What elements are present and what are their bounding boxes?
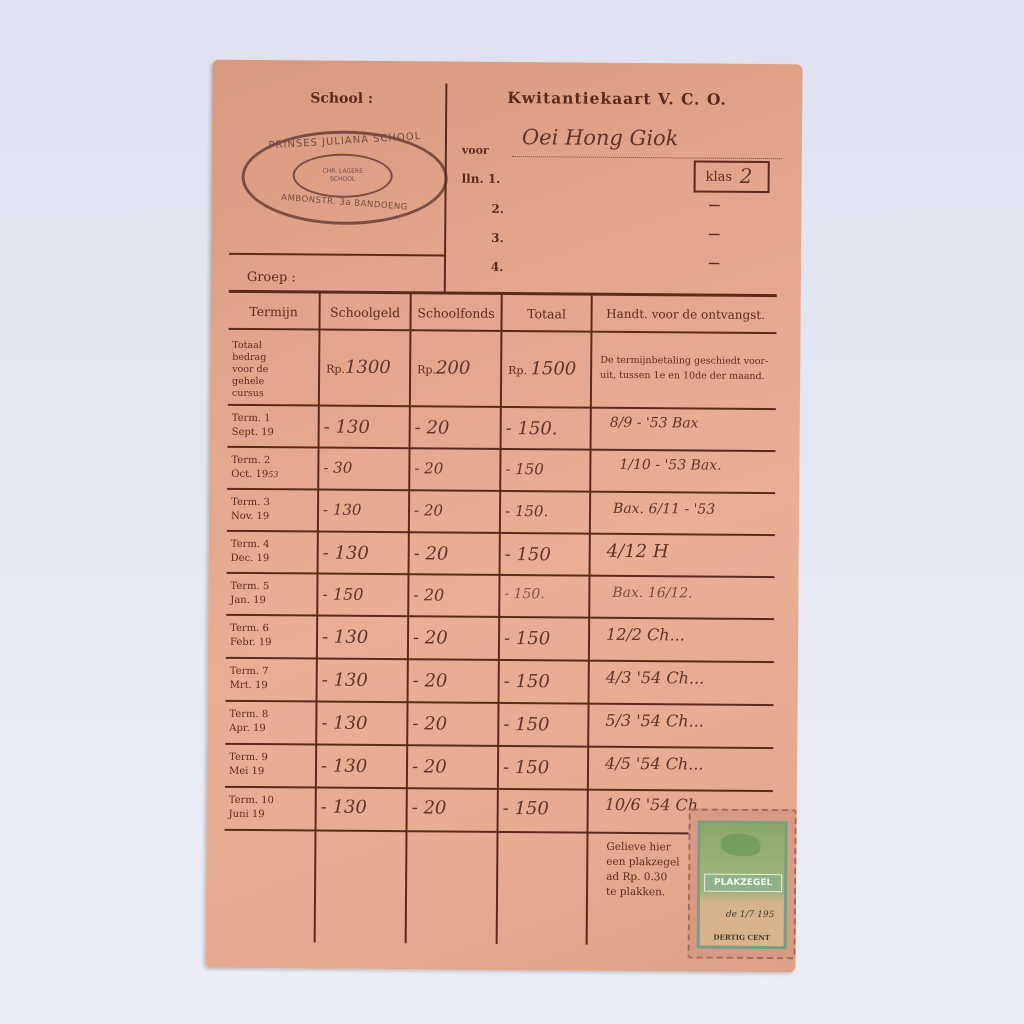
schoolfonds-cell: - 20: [414, 543, 449, 564]
col-divider: [586, 295, 593, 945]
schoolfonds-cell: - 20: [413, 585, 444, 604]
schoolgeld-cell: - 130: [321, 713, 367, 734]
amount: 1300: [345, 357, 391, 378]
totaal-cell: - 150: [503, 714, 549, 735]
schoolgeld-cell: - 130: [324, 417, 370, 438]
col-divider: [405, 293, 412, 943]
totaal-cell: - 150: [503, 798, 549, 819]
voor-label: voor: [462, 144, 489, 157]
stamp-value: DERTIG CENT: [700, 933, 784, 943]
total-schoolgeld: Rp.1300: [326, 357, 391, 379]
col-header-schoolfonds: Schoolfonds: [412, 305, 501, 321]
lln-number: 2.: [491, 202, 504, 216]
note-line: ad Rp. 0.30: [606, 870, 679, 886]
klas-box: klas 2: [694, 160, 770, 193]
school-label: School :: [310, 90, 373, 106]
note-line: Gelieve hier: [606, 840, 679, 856]
dash: —: [708, 227, 720, 241]
map-icon: [720, 834, 760, 856]
currency: Rp.: [508, 364, 527, 377]
schoolfonds-cell: - 20: [414, 459, 443, 477]
receipt-signature: 4/5 '54 Ch...: [605, 754, 704, 774]
lln-text: lln.: [462, 172, 484, 186]
schoolfonds-cell: - 20: [413, 670, 448, 691]
currency: Rp.: [417, 363, 436, 376]
totaal-cell: - 150.: [505, 502, 548, 520]
term-label: Term. 3Nov. 19: [231, 496, 270, 524]
schoolfonds-cell: - 20: [415, 417, 450, 438]
total-row-label: Totaal bedrag voor de gehele cursus: [232, 340, 269, 400]
totaal-cell: - 150: [503, 757, 549, 778]
col-header-termijn: Termijn: [229, 304, 319, 320]
totaal-cell: - 150.: [506, 418, 558, 439]
term-label: Term. 9Mei 19: [229, 751, 268, 779]
lln-label: lln. 1.: [462, 172, 501, 186]
schoolfonds-cell: - 20: [413, 627, 448, 648]
name-line: [512, 156, 782, 159]
divider: [229, 253, 445, 257]
col-header-schoolgeld: Schoolgeld: [321, 305, 410, 321]
groep-label: Groep :: [247, 270, 296, 285]
school-stamp: PRINSES JULIANA SCHOOL CHR. LAGERE SCHOO…: [241, 130, 448, 226]
receipt-signature: 1/10 - '53 Bax.: [619, 457, 721, 474]
lln-number: 4.: [491, 260, 504, 274]
term-label: Term. 2Oct. 1953: [231, 454, 278, 482]
stamp-date: de 1/7 195: [726, 910, 775, 920]
totaal-cell: - 150.: [504, 586, 544, 602]
schoolgeld-cell: - 130: [321, 756, 367, 777]
stamp-center-line2: SCHOOL: [295, 175, 391, 184]
klas-label: klas: [706, 170, 733, 185]
dash: —: [708, 256, 720, 270]
totaal-cell: - 150: [505, 460, 544, 478]
note-line: een plakzegel: [606, 855, 679, 871]
col-header-totaal: Totaal: [503, 306, 591, 322]
receipt-signature: 8/9 - '53 Bax: [610, 415, 699, 432]
lln-number: 1.: [488, 172, 501, 186]
lln-number: 3.: [491, 231, 504, 245]
col-divider: [314, 293, 321, 943]
term-rows: Term. 1Sept. 19 - 130 - 20 - 150. 8/9 - …: [213, 60, 803, 65]
schoolgeld-cell: - 130: [323, 501, 362, 519]
totaal-cell: - 150: [504, 671, 550, 692]
totaal-cell: - 150: [504, 628, 550, 649]
receipt-signature: 4/3 '54 Ch...: [606, 668, 705, 688]
col-header-handtekening: Handt. voor de ontvangst.: [593, 307, 779, 322]
amount: 1500: [530, 358, 576, 379]
term-label: Term. 8Apr. 19: [229, 708, 268, 736]
total-schoolfonds: Rp.200: [417, 357, 470, 378]
label-line: bedrag: [232, 352, 268, 364]
card-title: Kwitantiekaart V. C. O.: [507, 88, 727, 109]
note-line: De termijnbetaling geschiedt voor-: [600, 353, 768, 369]
schoolfonds-cell: - 20: [412, 713, 447, 734]
label-line: gehele: [232, 376, 268, 388]
schoolgeld-cell: - 30: [323, 459, 352, 477]
receipt-card: School : PRINSES JULIANA SCHOOL CHR. LAG…: [205, 60, 802, 973]
term-label: Term. 5Jan. 19: [230, 580, 269, 608]
schoolgeld-cell: - 130: [323, 543, 369, 564]
receipt-signature: Bax. 6/11 - '53: [613, 501, 715, 518]
schoolfonds-cell: - 20: [412, 756, 447, 777]
student-name: Oei Hong Giok: [522, 125, 679, 150]
stamp-center: CHR. LAGERE SCHOOL: [292, 153, 392, 198]
schoolfonds-cell: - 20: [414, 501, 443, 519]
header-divider: [444, 84, 448, 294]
currency: Rp.: [326, 363, 345, 376]
note-line: te plakken.: [606, 885, 679, 901]
term-label: Term. 10Juni 19: [229, 794, 274, 822]
totaal-cell: - 150: [505, 544, 551, 565]
receipt-signature: 12/2 Ch...: [606, 625, 685, 645]
label-line: voor de: [232, 364, 268, 376]
stamp-title: PLAKZEGEL: [704, 874, 782, 893]
schoolgeld-cell: - 130: [322, 627, 368, 648]
amount: 200: [436, 357, 471, 378]
plakzegel-note: Gelieve hier een plakzegel ad Rp. 0.30 t…: [606, 840, 680, 901]
payment-note: De termijnbetaling geschiedt voor- uit, …: [600, 353, 768, 384]
receipt-signature: Bax. 16/12.: [612, 585, 692, 602]
total-totaal: Rp. 1500: [508, 358, 576, 380]
term-label: Term. 1Sept. 19: [232, 412, 274, 440]
note-line: uit, tussen 1e en 10de der maand.: [600, 368, 768, 384]
schoolfonds-cell: - 20: [412, 797, 447, 818]
term-label: Term. 6Febr. 19: [230, 622, 272, 650]
revenue-stamp: PLAKZEGEL de 1/7 195 DERTIG CENT: [688, 808, 797, 959]
revenue-stamp-face: PLAKZEGEL de 1/7 195 DERTIG CENT: [697, 821, 788, 950]
schoolgeld-cell: - 150: [322, 585, 363, 604]
dash: —: [708, 198, 720, 212]
term-label: Term. 7Mrt. 19: [230, 665, 269, 693]
col-divider: [496, 294, 503, 944]
klas-value: 2: [740, 164, 753, 188]
receipt-signature: 5/3 '54 Ch...: [605, 711, 704, 731]
stamp-top-text: PRINSES JULIANA SCHOOL: [265, 131, 425, 152]
term-label: Term. 4Dec. 19: [231, 538, 270, 566]
schoolgeld-cell: - 130: [322, 670, 368, 691]
label-line: Totaal: [232, 340, 268, 352]
label-line: cursus: [232, 388, 268, 400]
receipt-signature: 4/12 H: [607, 541, 669, 562]
schoolgeld-cell: - 130: [321, 797, 367, 818]
